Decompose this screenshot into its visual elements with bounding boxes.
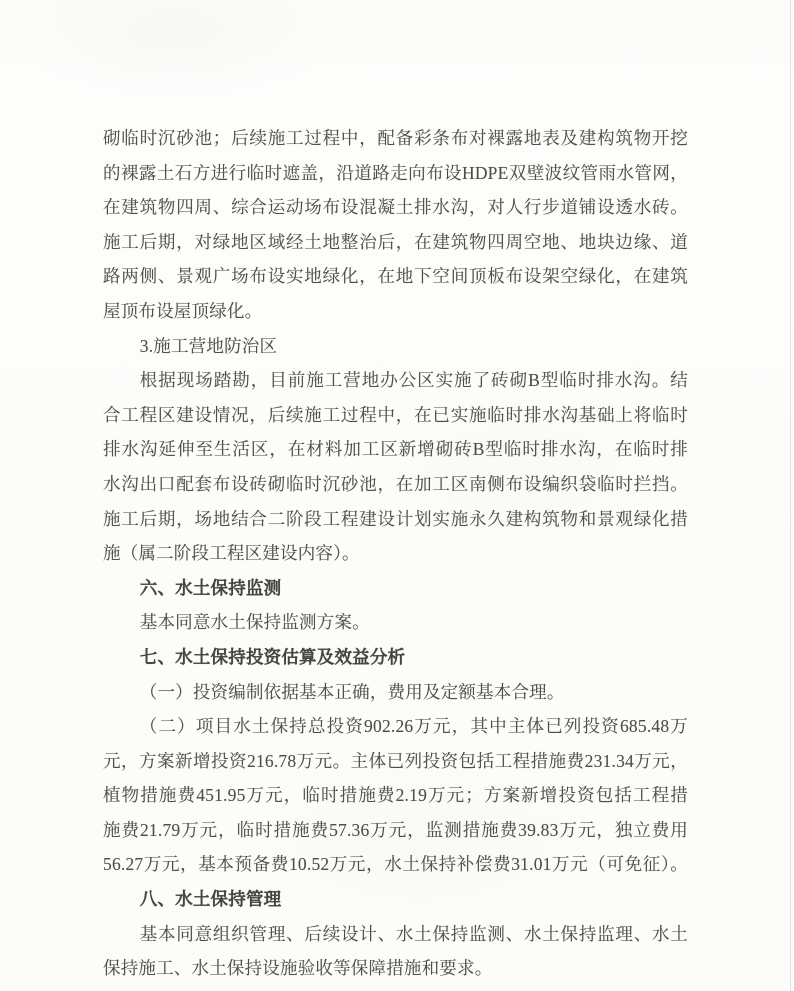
text-line: 砌临时沉砂池；后续施工过程中，配备彩条布对裸露地表及建构筑物开挖 <box>103 121 688 156</box>
text-line: 基本同意水土保持监测方案。 <box>103 605 688 640</box>
heading-six-monitoring: 六、水土保持监测 <box>103 571 688 606</box>
text-line: （一）投资编制依据基本正确，费用及定额基本合理。 <box>103 675 688 710</box>
text-line: 施工后期，对绿地区域经土地整治后，在建筑物四周空地、地块边缘、道 <box>103 225 688 260</box>
text-line: 路两侧、景观广场布设实地绿化，在地下空间顶板布设架空绿化，在建筑 <box>103 259 688 294</box>
scanned-document-page: 砌临时沉砂池；后续施工过程中，配备彩条布对裸露地表及建构筑物开挖 的裸露土石方进… <box>0 0 794 991</box>
heading-seven-investment: 七、水土保持投资估算及效益分析 <box>103 640 688 675</box>
document-text-column: 砌临时沉砂池；后续施工过程中，配备彩条布对裸露地表及建构筑物开挖 的裸露土石方进… <box>103 121 688 986</box>
text-line: 合工程区建设情况，后续施工过程中，在已实施临时排水沟基础上将临时 <box>103 398 688 433</box>
text-line: 根据现场踏勘，目前施工营地办公区实施了砖砌B型临时排水沟。结 <box>103 363 688 398</box>
text-line: 元，方案新增投资216.78万元。主体已列投资包括工程措施费231.34万元， <box>103 744 688 779</box>
text-line: （二）项目水土保持总投资902.26万元，其中主体已列投资685.48万 <box>103 709 688 744</box>
heading-eight-management: 八、水土保持管理 <box>103 882 688 917</box>
text-line: 施工后期，场地结合二阶段工程建设计划实施永久建构筑物和景观绿化措 <box>103 502 688 537</box>
text-line: 在建筑物四周、综合运动场布设混凝土排水沟，对人行步道铺设透水砖。 <box>103 190 688 225</box>
scan-edge-line <box>790 0 791 991</box>
text-line: 屋顶布设屋顶绿化。 <box>103 294 688 329</box>
text-line: 保持施工、水土保持设施验收等保障措施和要求。 <box>103 951 688 986</box>
text-line: 植物措施费451.95万元，临时措施费2.19万元；方案新增投资包括工程措 <box>103 778 688 813</box>
text-line: 水沟出口配套布设砖砌临时沉砂池，在加工区南侧布设编织袋临时拦挡。 <box>103 467 688 502</box>
text-line: 基本同意组织管理、后续设计、水土保持监测、水土保持监理、水土 <box>103 917 688 952</box>
text-line: 排水沟延伸至生活区，在材料加工区新增砌砖B型临时排水沟，在临时排 <box>103 432 688 467</box>
text-line: 56.27万元，基本预备费10.52万元，水土保持补偿费31.01万元（可免征）… <box>103 847 688 882</box>
text-line: 施费21.79万元，临时措施费57.36万元，监测措施费39.83万元，独立费用 <box>103 813 688 848</box>
text-line: 施（属二阶段工程区建设内容）。 <box>103 536 688 571</box>
subheading-construction-camp: 3.施工营地防治区 <box>103 329 688 364</box>
text-line: 的裸露土石方进行临时遮盖，沿道路走向布设HDPE双壁波纹管雨水管网， <box>103 156 688 191</box>
